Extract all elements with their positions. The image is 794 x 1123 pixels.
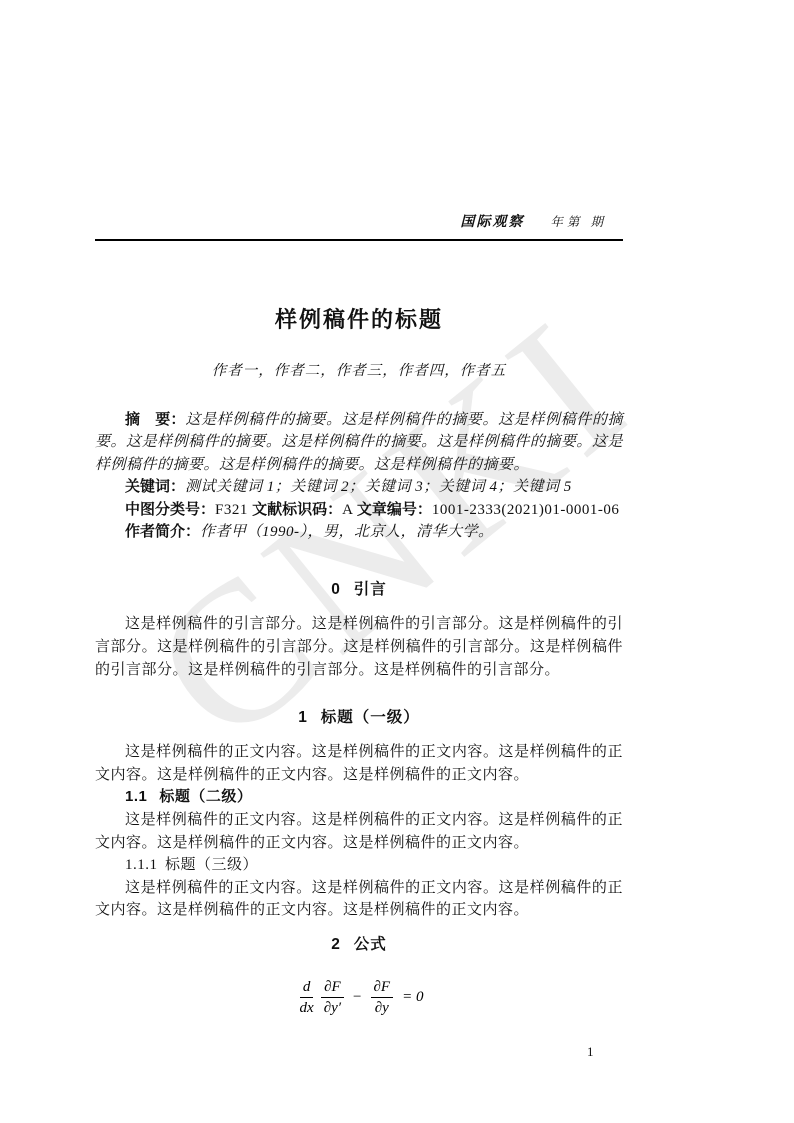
abstract-label: 摘 要： [125,411,186,428]
section-title: 公式 [354,936,387,953]
article-title: 样例稿件的标题 [95,305,623,335]
page-number: 1 [587,1044,594,1060]
classification-line: 中图分类号：F321 文献标识码：A 文章编号：1001-2333(2021)0… [95,499,623,521]
body-paragraph-2: 这是样例稿件的正文内容。这是样例稿件的正文内容。这是样例稿件的正文内容。这是样例… [95,809,623,854]
section-heading-intro: 0引言 [95,579,623,601]
document-page: CNKI 国际观察 年第 期 样例稿件的标题 作者一，作者二，作者三，作者四，作… [0,0,794,1123]
author-bio-line: 作者简介：作者甲（1990-），男，北京人，清华大学。 [95,521,623,543]
keywords-line: 关键词：测试关键词 1；关键词 2；关键词 3；关键词 4；关键词 5 [95,476,623,498]
keywords-label: 关键词： [125,478,185,495]
journal-name: 国际观察 [460,215,524,230]
fraction-denominator: dx [297,998,317,1017]
section-title: 引言 [354,581,387,598]
section-number: 1 [298,709,307,726]
issue-info: 年第 期 [550,215,607,229]
subsubsection-title: 标题（三级） [165,857,258,873]
article-id-label: 文章编号： [357,501,432,518]
section-heading-2: 2公式 [95,934,623,956]
fraction-numerator: ∂F [321,978,344,998]
section-heading-1: 1标题（一级） [95,707,623,729]
authors-line: 作者一，作者二，作者三，作者四，作者五 [95,361,623,381]
section-number: 0 [331,581,340,598]
equals-zero: = 0 [402,989,423,1006]
body-paragraph-3: 这是样例稿件的正文内容。这是样例稿件的正文内容。这是样例稿件的正文内容。这是样例… [95,877,623,922]
fraction-dF-dyprime: ∂F∂y′ [321,978,344,1017]
subsubsection-heading-1-1-1: 1.1.1标题（三级） [95,854,623,877]
page-content: 国际观察 年第 期 样例稿件的标题 作者一，作者二，作者三，作者四，作者五 摘 … [95,0,623,1017]
fraction-dF-dy: ∂F∂y [371,978,394,1017]
doc-code-label: 文献标识码： [252,501,342,518]
section-title: 标题（一级） [321,709,420,726]
keywords-text: 测试关键词 1；关键词 2；关键词 3；关键词 4；关键词 5 [185,479,572,495]
article-id-value: 1001-2333(2021)01-0001-06 [432,502,619,518]
subsection-title: 标题（二级） [159,788,252,805]
doc-code-value: A [342,502,357,518]
subsection-heading-1-1: 1.1标题（二级） [95,786,623,809]
abstract-paragraph: 摘 要：这是样例稿件的摘要。这是样例稿件的摘要。这是样例稿件的摘要。这是样例稿件… [95,409,623,476]
section-number: 2 [331,936,340,953]
subsubsection-number: 1.1.1 [125,857,158,873]
intro-paragraph: 这是样例稿件的引言部分。这是样例稿件的引言部分。这是样例稿件的引言部分。这是样例… [95,613,623,681]
fraction-denominator: ∂y′ [321,998,344,1017]
clc-label: 中图分类号： [125,501,215,518]
minus-operator: − [353,989,361,1006]
body-paragraph-1: 这是样例稿件的正文内容。这是样例稿件的正文内容。这是样例稿件的正文内容。这是样例… [95,741,623,786]
fraction-d-dx: ddx [297,978,317,1017]
fraction-denominator: ∂y [372,998,392,1017]
subsection-number: 1.1 [125,788,147,805]
running-head: 国际观察 年第 期 [95,212,623,241]
fraction-numerator: ∂F [371,978,394,998]
author-bio-text: 作者甲（1990-），男，北京人，清华大学。 [200,524,494,540]
euler-lagrange-formula: ddx ∂F∂y′ − ∂F∂y = 0 [95,978,623,1017]
author-bio-label: 作者简介： [125,523,200,540]
fraction-numerator: d [300,978,314,998]
clc-value: F321 [215,502,252,518]
meta-block: 摘 要：这是样例稿件的摘要。这是样例稿件的摘要。这是样例稿件的摘要。这是样例稿件… [95,409,623,543]
